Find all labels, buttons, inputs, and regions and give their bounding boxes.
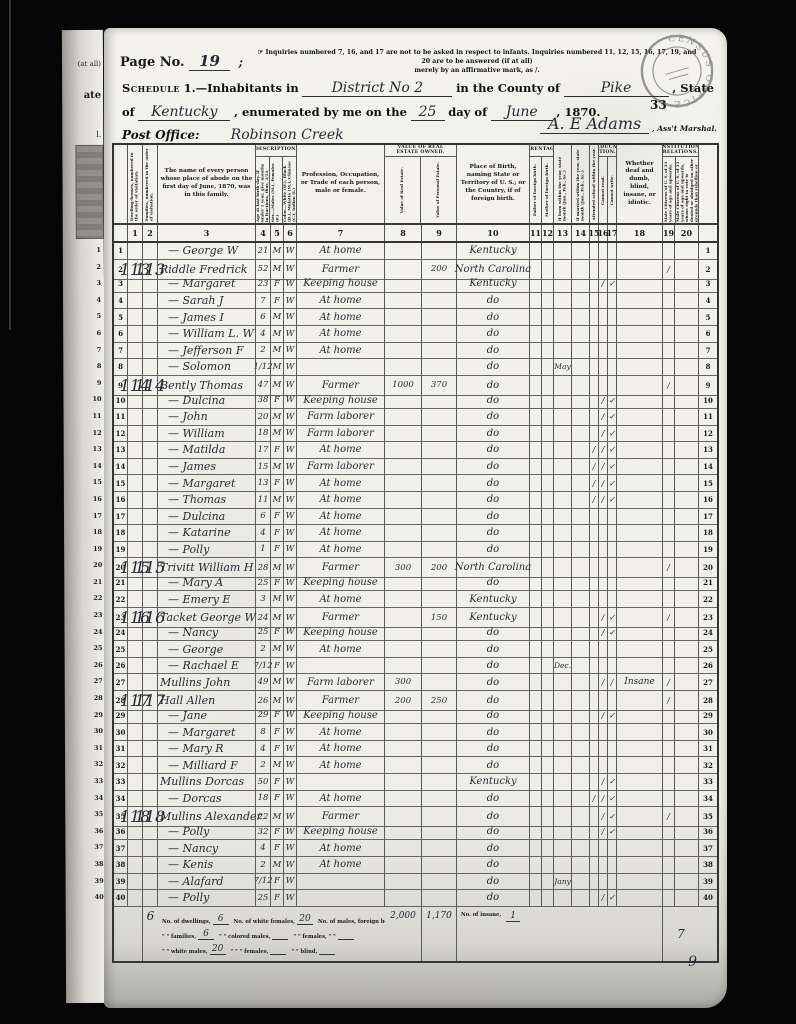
cell-r16: / [599, 708, 608, 725]
cell-m14 [572, 857, 590, 874]
cell-d18 [617, 874, 663, 891]
cell-m14 [572, 824, 590, 841]
cell-re [385, 641, 422, 658]
cell-sex: F [271, 890, 284, 907]
row-number-header-left [114, 145, 128, 223]
cell-line-number-right: 10 [699, 392, 717, 409]
cell-r16 [599, 359, 608, 376]
cell-name: — Solomon [158, 359, 256, 376]
cell-r16 [599, 309, 608, 326]
cell-d18 [617, 741, 663, 758]
col-header-cannot-write: Cannot write. [608, 157, 616, 223]
cell-line-number-left: 32 [114, 757, 128, 774]
page-no-label: Page No. [120, 55, 185, 70]
col-header-cannot-read: Cannot read. [599, 157, 608, 223]
cell-col: W [284, 392, 297, 409]
cell-dw [128, 409, 143, 426]
cell-sex: M [271, 492, 284, 509]
cell-re [385, 276, 422, 293]
cell-m13 [554, 492, 572, 509]
cell-w17: ✓ [608, 890, 617, 907]
cell-age: 1/12 [256, 359, 271, 376]
cell-m14 [572, 475, 590, 492]
table-row: 40— Polly25FWdo/✓40 [114, 890, 717, 907]
cell-name: — Dulcina [158, 509, 256, 526]
edge-text-fragment: (at all) [78, 60, 101, 68]
cell-m12 [542, 392, 554, 409]
cell-re [385, 243, 422, 260]
cell-col: W [284, 708, 297, 725]
column-number: 3 [158, 225, 256, 241]
cell-w17: ✓ [608, 459, 617, 476]
cell-bp: do [457, 409, 530, 426]
cell-w17 [608, 641, 617, 658]
cell-age: 3 [256, 591, 271, 608]
cell-occ: At home [297, 641, 385, 658]
cell-fam [143, 641, 158, 658]
cell-w17: ✓ [608, 276, 617, 293]
cell-r16: / [599, 824, 608, 841]
cell-m12 [542, 824, 554, 841]
cell-d18 [617, 309, 663, 326]
cell-sex: M [271, 343, 284, 360]
cell-age: 11 [256, 492, 271, 509]
cell-c20 [675, 890, 699, 907]
cell-dw [128, 774, 143, 791]
cell-line-number-left: 19 [114, 542, 128, 559]
cell-dw [128, 492, 143, 509]
cell-w17: ✓ [608, 791, 617, 808]
cell-bp: do [457, 840, 530, 857]
cell-dw [128, 874, 143, 891]
cell-pe [422, 824, 457, 841]
cell-name: Mullins Dorcas [158, 774, 256, 791]
cell-line-number-right: 18 [699, 525, 717, 542]
cell-line-number-right: 4 [699, 293, 717, 310]
cell-m12 [542, 309, 554, 326]
cell-fam [143, 625, 158, 642]
table-row: 34— Dorcas18FWAt homedo//✓34 [114, 791, 717, 808]
cell-pe [422, 442, 457, 459]
cell-occ: Keeping house [297, 625, 385, 642]
cell-occ: Keeping house [297, 708, 385, 725]
cell-c19 [663, 409, 675, 426]
cell-w17: ✓ [608, 824, 617, 841]
cell-m14 [572, 791, 590, 808]
district-entry: District No 2 [302, 80, 452, 97]
cell-m13 [554, 426, 572, 443]
table-row: 13— Matilda17FWAt homedo//✓13 [114, 442, 717, 459]
cell-fam [143, 874, 158, 891]
cell-fam [143, 426, 158, 443]
table-row: 1— George W21MWAt homeKentucky1 [114, 243, 717, 260]
cell-pe [422, 492, 457, 509]
cell-dw [128, 840, 143, 857]
cell-w17 [608, 509, 617, 526]
cell-occ: Keeping house [297, 276, 385, 293]
cell-dw [128, 309, 143, 326]
cell-col: W [284, 757, 297, 774]
cell-name: — Polly [158, 890, 256, 907]
cell-m14 [572, 724, 590, 741]
cell-s15 [590, 276, 599, 293]
cell-f11 [530, 857, 542, 874]
table-row: 20115115Trivitt William H28MWFarmer30020… [114, 558, 717, 575]
cell-occ [297, 874, 385, 891]
cell-line-number-right: 29 [699, 708, 717, 725]
cell-d18 [617, 525, 663, 542]
cell-line-number-right: 26 [699, 658, 717, 675]
group-value-label: VALUE OF REAL ESTATE OWNED. [385, 145, 456, 157]
col-header-born-month: If born within the year, state month (Ja… [554, 145, 572, 223]
cell-fam [143, 309, 158, 326]
cell-age: 29 [256, 708, 271, 725]
cell-line-number-right: 19 [699, 542, 717, 559]
cell-m14 [572, 591, 590, 608]
cell-bp: Kentucky [457, 774, 530, 791]
cell-m14 [572, 890, 590, 907]
census-table: Dwelling-houses, numbered in the order o… [112, 143, 719, 963]
cell-m14 [572, 708, 590, 725]
cell-m12 [542, 840, 554, 857]
cell-d18 [617, 542, 663, 559]
cell-age: 21 [256, 243, 271, 260]
table-row: 6— William L. W4MWAt homedo6 [114, 326, 717, 343]
group-education: EDUCA- TION. Cannot read. Cannot write. [599, 145, 617, 223]
cell-age: 7/12 [256, 874, 271, 891]
cell-pe [422, 542, 457, 559]
cell-occ: Farm laborer [297, 459, 385, 476]
cell-m14 [572, 276, 590, 293]
cell-dw [128, 293, 143, 310]
column-number: 4 [256, 225, 271, 241]
post-office-label: Post Office: [122, 128, 200, 142]
col-header-married-month: If married within the year, state month … [572, 145, 590, 223]
cell-line-number-right: 7 [699, 343, 717, 360]
cell-w17: ✓ [608, 625, 617, 642]
cell-re [385, 824, 422, 841]
cell-age: 7 [256, 293, 271, 310]
table-row: 5— James I6MWAt homedo5 [114, 309, 717, 326]
cell-age: 20 [256, 409, 271, 426]
cell-name: — Emery E [158, 591, 256, 608]
cell-d18 [617, 591, 663, 608]
table-row: 32— Milliard F2MWAt homedo32 [114, 757, 717, 774]
cell-m14 [572, 542, 590, 559]
cell-m12 [542, 658, 554, 675]
cell-line-number-right: 27 [699, 674, 717, 691]
cell-w17 [608, 741, 617, 758]
col-header-mother-foreign: Mother of foreign birth. [542, 157, 553, 223]
schedule-rest: 1.—Inhabitants in [184, 81, 299, 95]
cell-c20 [675, 475, 699, 492]
cell-m13 [554, 392, 572, 409]
footer-value [319, 954, 335, 955]
cell-name: — Polly [158, 542, 256, 559]
cell-bp: do [457, 708, 530, 725]
cell-m13 [554, 475, 572, 492]
cell-w17 [608, 658, 617, 675]
cell-bp: do [457, 674, 530, 691]
footer-insane-value: 1 [506, 912, 520, 922]
cell-s15 [590, 591, 599, 608]
marshal-title: , Ass't Marshal. [652, 124, 717, 133]
cell-pe [422, 525, 457, 542]
cell-fam [143, 658, 158, 675]
cell-m13 [554, 542, 572, 559]
cell-age: 7/12 [256, 658, 271, 675]
footer-summary-line: No. of dwellings,6No. of white females,2… [162, 910, 383, 925]
cell-line-number-left: 13 [114, 442, 128, 459]
table-row: 28117117Hall Allen26MWFarmer200250do/28 [114, 691, 717, 708]
cell-m14 [572, 840, 590, 857]
cell-m12 [542, 708, 554, 725]
schedule-word: Schedule [122, 81, 180, 95]
cell-d18 [617, 276, 663, 293]
table-row: 23116116Tacket George W24MWFarmer150Kent… [114, 608, 717, 625]
cell-re [385, 475, 422, 492]
cell-m13 [554, 509, 572, 526]
cell-line-number-left: 6 [114, 326, 128, 343]
cell-line-number-left: 36 [114, 824, 128, 841]
cell-c20 [675, 674, 699, 691]
cell-f11 [530, 392, 542, 409]
cell-line-number-left: 22 [114, 591, 128, 608]
cell-w17 [608, 591, 617, 608]
cell-fam [143, 724, 158, 741]
cell-line-number-right: 30 [699, 724, 717, 741]
cell-col: W [284, 243, 297, 260]
cell-r16: / [599, 475, 608, 492]
cell-m12 [542, 276, 554, 293]
cell-m14 [572, 243, 590, 260]
table-row: 29— Jane29FWKeeping housedo/✓29 [114, 708, 717, 725]
cell-sex: F [271, 575, 284, 592]
cell-fam [143, 509, 158, 526]
table-row: 15— Margaret13FWAt homedo//✓15 [114, 475, 717, 492]
cell-c20 [675, 857, 699, 874]
cell-sex: F [271, 392, 284, 409]
cell-m13 [554, 243, 572, 260]
cell-bp: do [457, 874, 530, 891]
col-header-name: The name of every person whose place of … [158, 145, 256, 223]
cell-re [385, 409, 422, 426]
cell-s15 [590, 509, 599, 526]
cell-c20 [675, 243, 699, 260]
cell-name: — James I [158, 309, 256, 326]
cell-r16: / [599, 409, 608, 426]
cell-m13 [554, 525, 572, 542]
cell-m13 [554, 840, 572, 857]
cell-r16: / [599, 459, 608, 476]
cell-pe [422, 708, 457, 725]
cell-name: — James [158, 459, 256, 476]
cell-sex: M [271, 409, 284, 426]
cell-line-number-left: 5 [114, 309, 128, 326]
cell-f11 [530, 359, 542, 376]
cell-dw [128, 426, 143, 443]
cell-r16 [599, 591, 608, 608]
cell-m12 [542, 409, 554, 426]
cell-line-number-right: 8 [699, 359, 717, 376]
footer-value: 6 [213, 915, 229, 925]
cell-name: — Nancy [158, 625, 256, 642]
table-row: 24— Nancy25FWKeeping housedo/✓24 [114, 625, 717, 642]
cell-col: W [284, 542, 297, 559]
cell-m13: May [554, 359, 572, 376]
cell-dw [128, 542, 143, 559]
cell-fam [143, 674, 158, 691]
post-office-entry: Robinson Creek [203, 127, 371, 144]
cell-s15 [590, 874, 599, 891]
cell-c20 [675, 840, 699, 857]
cell-m14 [572, 575, 590, 592]
column-number: 2 [143, 225, 158, 241]
cell-line-number-right: 17 [699, 509, 717, 526]
cell-w17 [608, 343, 617, 360]
cell-line-number-right: 3 [699, 276, 717, 293]
column-number: 18 [617, 225, 663, 241]
cell-bp: do [457, 359, 530, 376]
cell-m14 [572, 874, 590, 891]
cell-fam [143, 409, 158, 426]
cell-pe [422, 276, 457, 293]
cell-name: — Dorcas [158, 791, 256, 808]
column-number: 12 [542, 225, 554, 241]
table-row: 39— Alafard7/12FWdoJany39 [114, 874, 717, 891]
cell-age: 2 [256, 857, 271, 874]
cell-re [385, 890, 422, 907]
cell-sex: M [271, 243, 284, 260]
cell-dw [128, 475, 143, 492]
cell-f11 [530, 326, 542, 343]
cell-name: — Rachael E [158, 658, 256, 675]
cell-m12 [542, 442, 554, 459]
cell-bp: do [457, 525, 530, 542]
cell-name: — John [158, 409, 256, 426]
cell-sex: M [271, 757, 284, 774]
footer-label: No. of dwellings, [162, 919, 211, 925]
cell-line-number-left: 3 [114, 276, 128, 293]
cell-fam [143, 359, 158, 376]
footer-personal-estate-total: 1,170 [422, 907, 457, 961]
cell-f11 [530, 658, 542, 675]
cell-dw [128, 641, 143, 658]
cell-col: W [284, 774, 297, 791]
state-entry: Kentucky [138, 104, 230, 121]
cell-s15 [590, 542, 599, 559]
cell-m14 [572, 359, 590, 376]
cell-line-number-left: 15 [114, 475, 128, 492]
cell-re: 300 [385, 674, 422, 691]
cell-line-number-left: 14 [114, 459, 128, 476]
cell-sex: F [271, 824, 284, 841]
cell-bp: do [457, 309, 530, 326]
cell-d18 [617, 824, 663, 841]
cell-re [385, 426, 422, 443]
group-constitutional-label: CONSTITUTIONAL RELATIONS. [663, 145, 698, 157]
cell-dw [128, 591, 143, 608]
cell-col: W [284, 525, 297, 542]
cell-sex: F [271, 542, 284, 559]
cell-m12 [542, 625, 554, 642]
cell-occ: At home [297, 741, 385, 758]
cell-age: 32 [256, 824, 271, 841]
cell-occ: At home [297, 525, 385, 542]
cell-f11 [530, 459, 542, 476]
cell-sex: F [271, 658, 284, 675]
cell-line-number-left: 10 [114, 392, 128, 409]
cell-f11 [530, 674, 542, 691]
cell-d18 [617, 708, 663, 725]
cell-line-number-left: 1 [114, 243, 128, 260]
cell-pe [422, 575, 457, 592]
cell-name: — William L. W [158, 326, 256, 343]
cell-c20 [675, 741, 699, 758]
cell-re [385, 724, 422, 741]
cell-w17 [608, 840, 617, 857]
cell-occ [297, 658, 385, 675]
cell-age: 49 [256, 674, 271, 691]
cell-f11 [530, 409, 542, 426]
cell-m12 [542, 774, 554, 791]
cell-m13 [554, 774, 572, 791]
cell-sex: F [271, 276, 284, 293]
cell-col: W [284, 509, 297, 526]
cell-m12 [542, 359, 554, 376]
cell-r16 [599, 509, 608, 526]
cell-w17 [608, 857, 617, 874]
col-header-birthplace: Place of Birth, naming State or Territor… [457, 145, 530, 223]
group-constitutional: CONSTITUTIONAL RELATIONS. Male Citizens … [663, 145, 699, 223]
cell-fam [143, 857, 158, 874]
cell-line-number-right: 39 [699, 874, 717, 891]
cell-m14 [572, 641, 590, 658]
cell-re [385, 442, 422, 459]
cell-pe [422, 840, 457, 857]
cell-d18 [617, 509, 663, 526]
cell-pe [422, 641, 457, 658]
cell-re [385, 492, 422, 509]
cell-col: W [284, 409, 297, 426]
cell-re [385, 459, 422, 476]
cell-line-number-left: 39 [114, 874, 128, 891]
cell-m14 [572, 525, 590, 542]
cell-m14 [572, 392, 590, 409]
cell-f11 [530, 309, 542, 326]
footer-label: No. of white females, [234, 919, 295, 925]
cell-c19 [663, 708, 675, 725]
cell-m12 [542, 343, 554, 360]
cell-d18 [617, 442, 663, 459]
cell-fam [143, 757, 158, 774]
cell-pe [422, 426, 457, 443]
footer-value: 20 [210, 945, 226, 955]
cell-m14 [572, 309, 590, 326]
cell-re [385, 575, 422, 592]
footer-label: " " females, " " [293, 934, 335, 940]
cell-d18 [617, 575, 663, 592]
cell-m12 [542, 741, 554, 758]
cell-r16 [599, 243, 608, 260]
day-entry: 25 [411, 104, 445, 121]
cell-f11 [530, 741, 542, 758]
cell-c19 [663, 890, 675, 907]
cell-m12 [542, 874, 554, 891]
cell-sex: F [271, 774, 284, 791]
cell-age: 13 [256, 475, 271, 492]
cell-w17 [608, 309, 617, 326]
